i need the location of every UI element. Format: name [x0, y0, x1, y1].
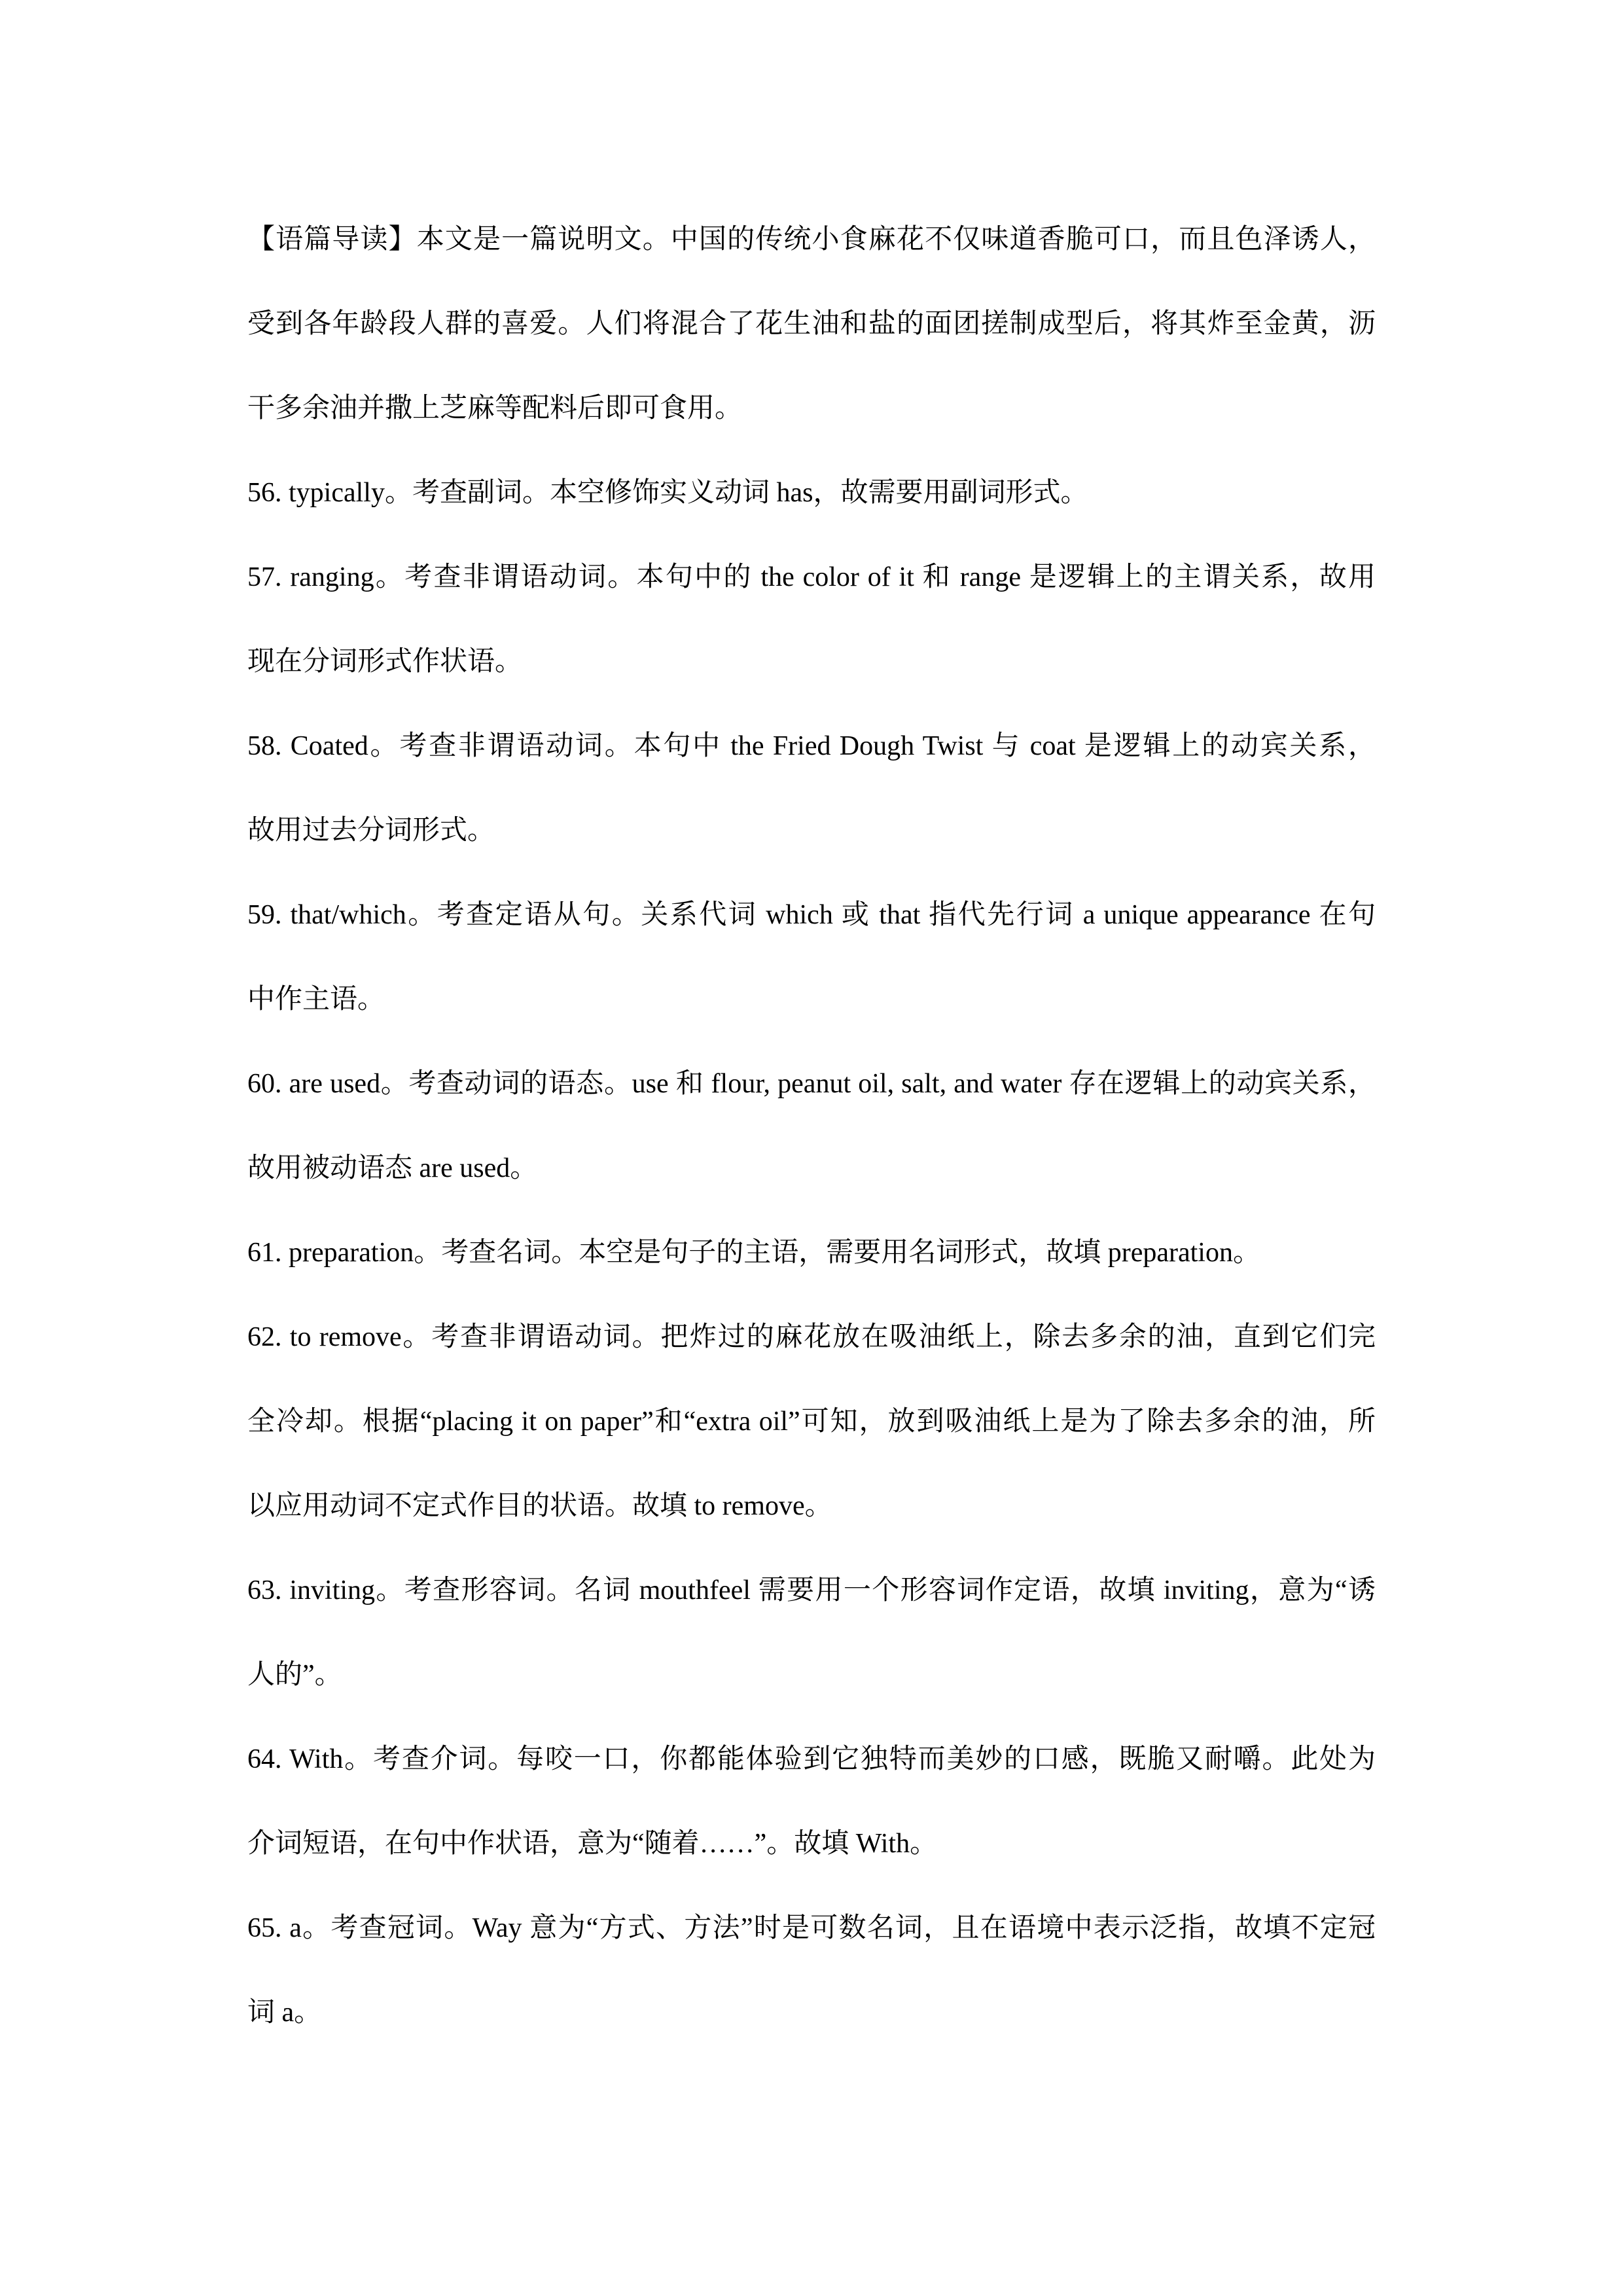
- text-line: 61. preparation。考查名词。本空是句子的主语，需要用名词形式，故填…: [247, 1211, 1376, 1295]
- text-line: 62. to remove。考查非谓语动词。把炸过的麻花放在吸油纸上，除去多余的…: [247, 1295, 1376, 1380]
- item-65: 65. a。考查冠词。Way 意为“方式、方法”时是可数名词，且在语境中表示泛指…: [247, 1886, 1376, 2055]
- text-line: 【语篇导读】本文是一篇说明文。中国的传统小食麻花不仅味道香脆可口，而且色泽诱人，: [247, 198, 1376, 282]
- text-line: 故用被动语态 are used。: [247, 1126, 1376, 1211]
- item-63: 63. inviting。考查形容词。名词 mouthfeel 需要用一个形容词…: [247, 1549, 1376, 1717]
- passage-guide: 【语篇导读】本文是一篇说明文。中国的传统小食麻花不仅味道香脆可口，而且色泽诱人，…: [247, 198, 1376, 451]
- item-59: 59. that/which。考查定语从句。关系代词 which 或 that …: [247, 873, 1376, 1042]
- text-line: 59. that/which。考查定语从句。关系代词 which 或 that …: [247, 873, 1376, 958]
- text-line: 以应用动词不定式作目的状语。故填 to remove。: [247, 1464, 1376, 1549]
- text-line: 受到各年龄段人群的喜爱。人们将混合了花生油和盐的面团搓制成型后，将其炸至金黄，沥: [247, 282, 1376, 367]
- text-line: 56. typically。考查副词。本空修饰实义动词 has，故需要用副词形式…: [247, 451, 1376, 535]
- item-56: 56. typically。考查副词。本空修饰实义动词 has，故需要用副词形式…: [247, 451, 1376, 535]
- text-line: 现在分词形式作状语。: [247, 620, 1376, 704]
- document-content: 【语篇导读】本文是一篇说明文。中国的传统小食麻花不仅味道香脆可口，而且色泽诱人，…: [247, 198, 1376, 2055]
- text-line: 词 a。: [247, 1971, 1376, 2055]
- item-57: 57. ranging。考查非谓语动词。本句中的 the color of it…: [247, 535, 1376, 704]
- text-line: 58. Coated。考查非谓语动词。本句中 the Fried Dough T…: [247, 704, 1376, 789]
- text-line: 64. With。考查介词。每咬一口，你都能体验到它独特而美妙的口感，既脆又耐嚼…: [247, 1717, 1376, 1802]
- item-64: 64. With。考查介词。每咬一口，你都能体验到它独特而美妙的口感，既脆又耐嚼…: [247, 1717, 1376, 1886]
- item-58: 58. Coated。考查非谓语动词。本句中 the Fried Dough T…: [247, 704, 1376, 873]
- text-line: 干多余油并撒上芝麻等配料后即可食用。: [247, 367, 1376, 451]
- item-60: 60. are used。考查动词的语态。use 和 flour, peanut…: [247, 1042, 1376, 1211]
- text-line: 65. a。考查冠词。Way 意为“方式、方法”时是可数名词，且在语境中表示泛指…: [247, 1886, 1376, 1971]
- item-62: 62. to remove。考查非谓语动词。把炸过的麻花放在吸油纸上，除去多余的…: [247, 1295, 1376, 1549]
- text-line: 介词短语，在句中作状语，意为“随着……”。故填 With。: [247, 1802, 1376, 1886]
- text-line: 中作主语。: [247, 958, 1376, 1042]
- text-line: 人的”。: [247, 1633, 1376, 1717]
- text-line: 全冷却。根据“placing it on paper”和“extra oil”可…: [247, 1380, 1376, 1464]
- item-61: 61. preparation。考查名词。本空是句子的主语，需要用名词形式，故填…: [247, 1211, 1376, 1295]
- text-line: 57. ranging。考查非谓语动词。本句中的 the color of it…: [247, 535, 1376, 620]
- document-page: 【语篇导读】本文是一篇说明文。中国的传统小食麻花不仅味道香脆可口，而且色泽诱人，…: [0, 0, 1623, 2296]
- text-line: 63. inviting。考查形容词。名词 mouthfeel 需要用一个形容词…: [247, 1549, 1376, 1633]
- text-line: 故用过去分词形式。: [247, 789, 1376, 873]
- text-line: 60. are used。考查动词的语态。use 和 flour, peanut…: [247, 1042, 1376, 1126]
